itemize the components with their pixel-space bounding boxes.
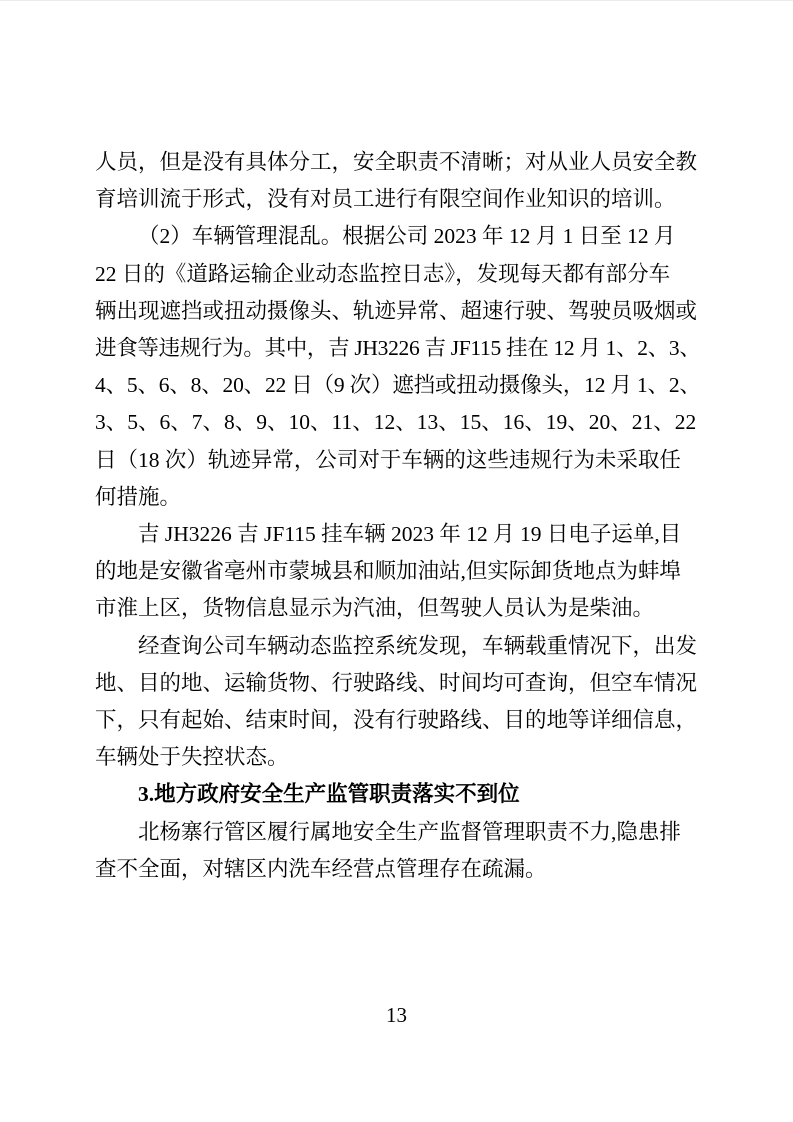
paragraph: （2）车辆管理混乱。根据公司 2023 年 12 月 1 日至 12 月22 日… xyxy=(95,218,701,516)
text-line: 经查询公司车辆动态监控系统发现，车辆载重情况下，出发 xyxy=(95,628,701,665)
text-line: 4、5、6、8、20、22 日（9 次）遮挡或扭动摄像头，12 月 1、2、 xyxy=(95,367,701,404)
paragraph: 吉 JH3226 吉 JF115 挂车辆 2023 年 12 月 19 日电子运… xyxy=(95,516,701,628)
document-body: 人员，但是没有具体分工，安全职责不清晰；对从业人员安全教育培训流于形式，没有对员… xyxy=(95,144,701,888)
paragraph: 北杨寨行管区履行属地安全生产监督管理职责不力,隐患排查不全面，对辖区内洗车经营点… xyxy=(95,814,701,888)
text-line: 吉 JH3226 吉 JF115 挂车辆 2023 年 12 月 19 日电子运… xyxy=(95,516,701,553)
text-line: 下，只有起始、结束时间，没有行驶路线、目的地等详细信息， xyxy=(95,702,701,739)
text-line: 日（18 次）轨迹异常，公司对于车辆的这些违规行为未采取任 xyxy=(95,442,701,479)
page-top-edge xyxy=(0,0,793,1)
paragraph: 人员，但是没有具体分工，安全职责不清晰；对从业人员安全教育培训流于形式，没有对员… xyxy=(95,144,701,218)
text-line: 的地是安徽省亳州市蒙城县和顺加油站,但实际卸货地点为蚌埠 xyxy=(95,553,701,590)
text-line: 3、5、6、7、8、9、10、11、12、13、15、16、19、20、21、2… xyxy=(95,404,701,441)
text-line: 市淮上区，货物信息显示为汽油，但驾驶人员认为是柴油。 xyxy=(95,590,701,627)
text-line: 地、目的地、运输货物、行驶路线、时间均可查询，但空车情况 xyxy=(95,665,701,702)
paragraph: 经查询公司车辆动态监控系统发现，车辆载重情况下，出发地、目的地、运输货物、行驶路… xyxy=(95,628,701,777)
text-line: 北杨寨行管区履行属地安全生产监督管理职责不力,隐患排 xyxy=(95,814,701,851)
text-line: 3.地方政府安全生产监管职责落实不到位 xyxy=(95,776,701,813)
text-line: 22 日的《道路运输企业动态监控日志》，发现每天都有部分车 xyxy=(95,256,701,293)
text-line: 辆出现遮挡或扭动摄像头、轨迹异常、超速行驶、驾驶员吸烟或 xyxy=(95,293,701,330)
text-line: （2）车辆管理混乱。根据公司 2023 年 12 月 1 日至 12 月 xyxy=(95,218,701,255)
page-number: 13 xyxy=(0,1002,793,1028)
section-heading: 3.地方政府安全生产监管职责落实不到位 xyxy=(95,776,701,813)
text-line: 育培训流于形式，没有对员工进行有限空间作业知识的培训。 xyxy=(95,181,701,218)
text-line: 人员，但是没有具体分工，安全职责不清晰；对从业人员安全教 xyxy=(95,144,701,181)
text-line: 车辆处于失控状态。 xyxy=(95,739,701,776)
text-line: 进食等违规行为。其中，吉 JH3226 吉 JF115 挂在 12 月 1、2、… xyxy=(95,330,701,367)
text-line: 何措施。 xyxy=(95,479,701,516)
document-page: 人员，但是没有具体分工，安全职责不清晰；对从业人员安全教育培训流于形式，没有对员… xyxy=(0,0,793,1122)
text-line: 查不全面，对辖区内洗车经营点管理存在疏漏。 xyxy=(95,851,701,888)
